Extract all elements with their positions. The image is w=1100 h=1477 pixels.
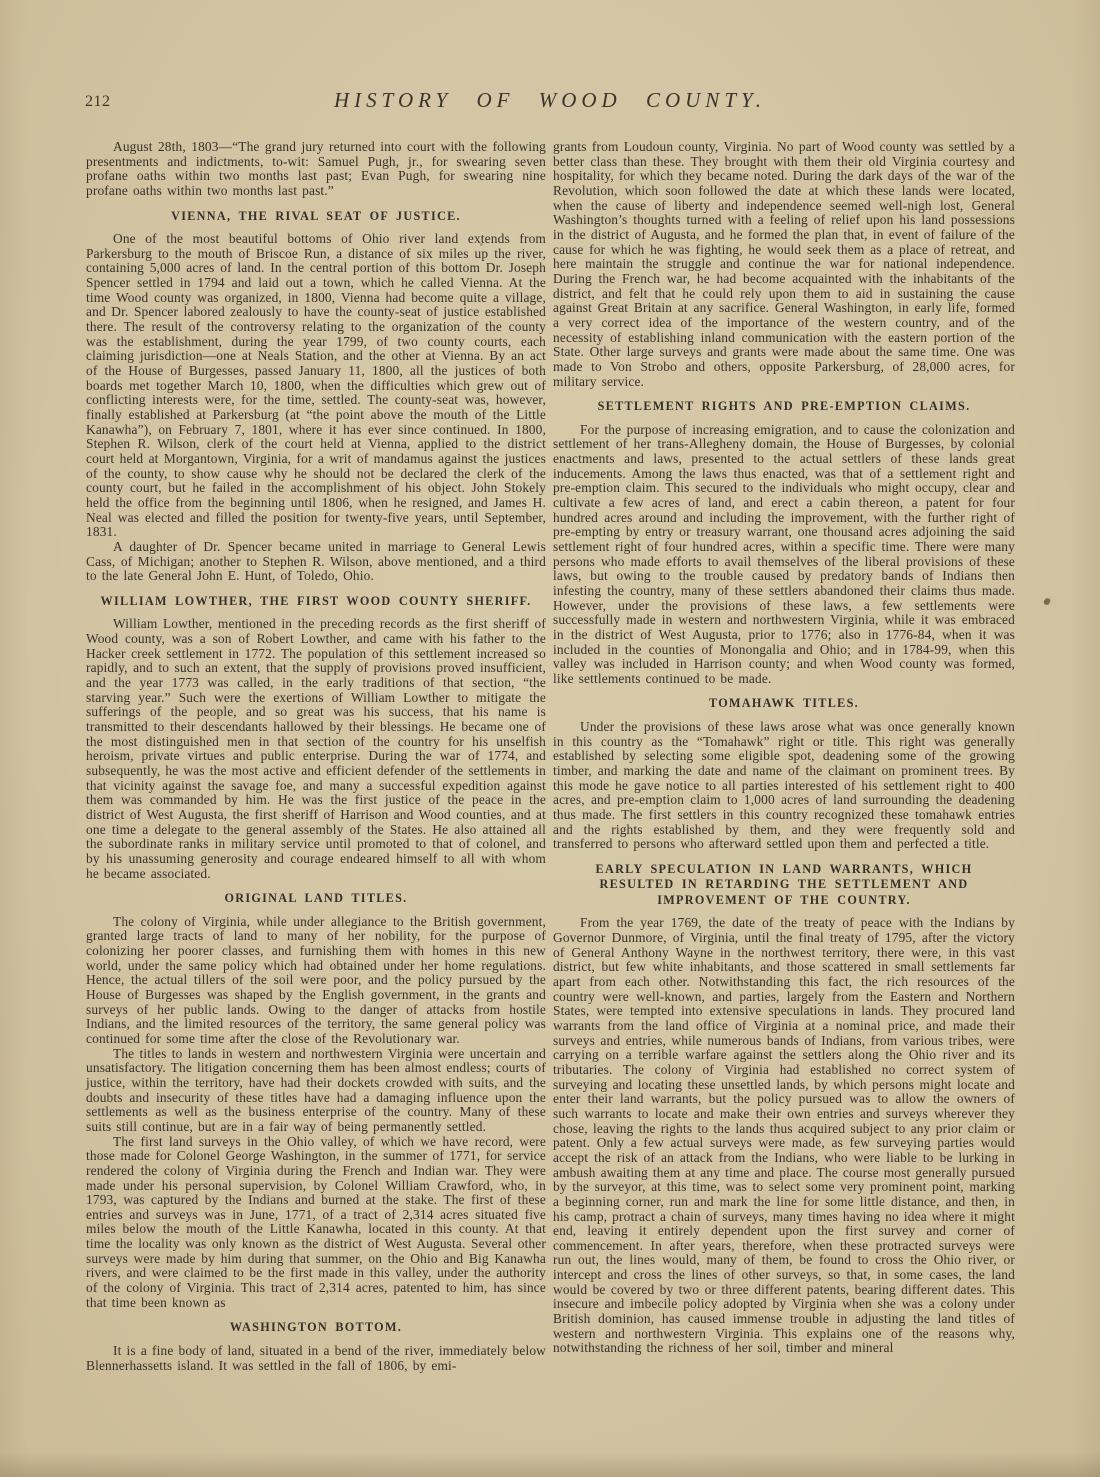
section-heading-washington-bottom: WASHINGTON BOTTOM. bbox=[92, 1320, 540, 1336]
paragraph-colony-of-virginia: The colony of Virginia, while under alle… bbox=[86, 915, 546, 1047]
paragraph-grants-loudoun: grants from Loudoun county, Virginia. No… bbox=[553, 140, 1015, 389]
paragraph-spencer-daughters: A daughter of Dr. Spencer became united … bbox=[86, 540, 546, 584]
ink-dot bbox=[480, 243, 483, 246]
paragraph-grand-jury: August 28th, 1803—“The grand jury return… bbox=[86, 140, 546, 199]
left-column: August 28th, 1803—“The grand jury return… bbox=[86, 140, 546, 1373]
book-page: 212 HISTORY OF WOOD COUNTY. August 28th,… bbox=[0, 0, 1100, 1477]
section-heading-vienna: VIENNA, THE RIVAL SEAT OF JUSTICE. bbox=[92, 209, 540, 225]
paragraph-early-speculation: From the year 1769, the date of the trea… bbox=[553, 916, 1015, 1356]
section-heading-settlement-rights: SETTLEMENT RIGHTS AND PRE-EMPTION CLAIMS… bbox=[559, 399, 1009, 415]
section-heading-early-speculation: EARLY SPECULATION IN LAND WARRANTS, WHIC… bbox=[559, 862, 1009, 909]
paragraph-tomahawk-titles: Under the provisions of these laws arose… bbox=[553, 720, 1015, 852]
paragraph-william-lowther: William Lowther, mentioned in the preced… bbox=[86, 617, 546, 881]
paragraph-titles-to-lands: The titles to lands in western and north… bbox=[86, 1047, 546, 1135]
paragraph-first-land-surveys: The first land surveys in the Ohio valle… bbox=[86, 1135, 546, 1311]
paragraph-settlement-rights: For the purpose of increasing emigration… bbox=[553, 423, 1015, 687]
ink-speck bbox=[1043, 597, 1051, 606]
right-column: grants from Loudoun county, Virginia. No… bbox=[553, 140, 1015, 1356]
section-heading-william-lowther: WILLIAM LOWTHER, THE FIRST WOOD COUNTY S… bbox=[92, 594, 540, 610]
paragraph-vienna: One of the most beautiful bottoms of Ohi… bbox=[86, 232, 546, 540]
section-heading-tomahawk-titles: TOMAHAWK TITLES. bbox=[559, 696, 1009, 712]
running-title: HISTORY OF WOOD COUNTY. bbox=[85, 88, 1015, 113]
section-heading-original-land-titles: ORIGINAL LAND TITLES. bbox=[92, 891, 540, 907]
paragraph-washington-bottom: It is a fine body of land, situated in a… bbox=[86, 1344, 546, 1373]
